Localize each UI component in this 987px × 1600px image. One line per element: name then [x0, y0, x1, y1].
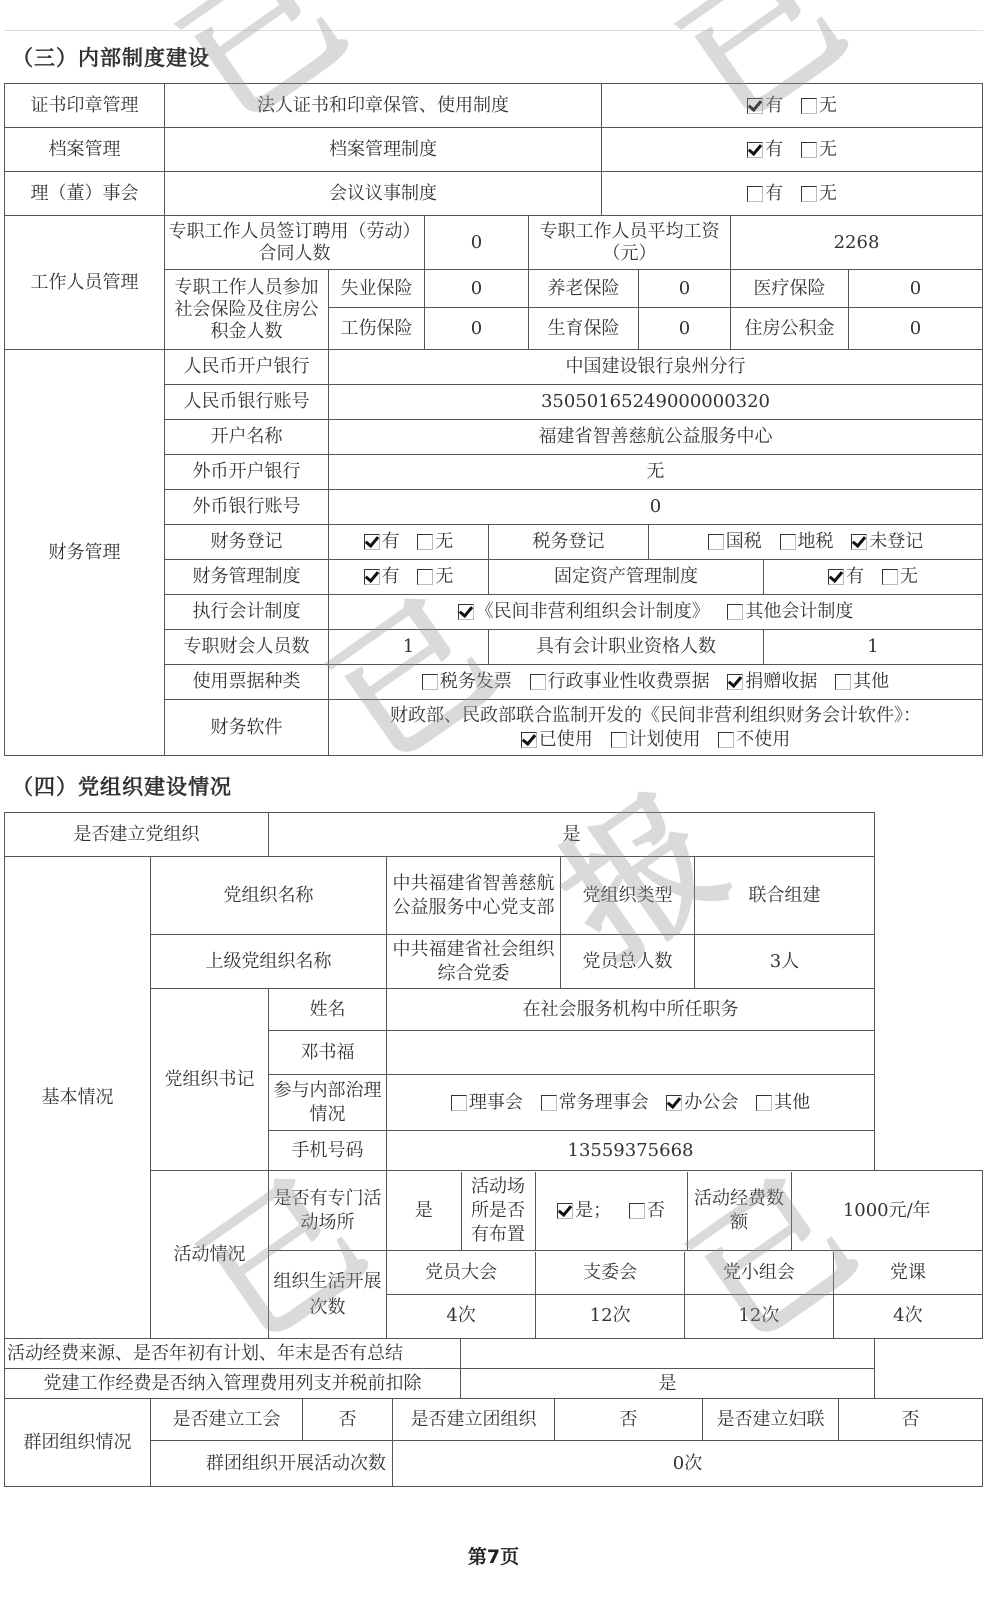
field-label: 是否建立工会: [151, 1399, 303, 1441]
insurance-type: 住房公积金: [731, 308, 849, 350]
qualified-value: 1: [764, 630, 983, 665]
option-label: 有: [382, 531, 400, 552]
field-label: 财务软件: [165, 700, 329, 756]
option-label: 捐赠收据: [745, 671, 817, 692]
option-label: 无: [819, 95, 837, 116]
checkbox[interactable]: [611, 732, 627, 748]
acct-staff-value: 1: [329, 630, 489, 665]
option-label: 无: [819, 139, 837, 160]
checkbox-group: 有 无: [764, 560, 983, 595]
contract-value: 0: [425, 216, 529, 270]
option-label: 地税: [798, 531, 834, 552]
salary-label: 专职工作人员平均工资（元）: [529, 216, 731, 270]
field-label: 外币开户银行: [165, 455, 329, 490]
life-count: 12次: [685, 1295, 834, 1338]
org-life-subtable: 党员大会 支委会 党小组会 党课 4次 12次 12次 4次: [387, 1252, 982, 1338]
field-label: 人民币开户银行: [165, 350, 329, 385]
insurance-value: 0: [849, 308, 983, 350]
field-label: 人民币银行账号: [165, 385, 329, 420]
table-row: 档案管理 档案管理制度 有 无: [5, 128, 983, 172]
parent-org: 中共福建省社会组织综合党委: [387, 935, 561, 989]
row-item: 法人证书和印章保管、使用制度: [165, 84, 602, 128]
activity-label: 活动情况: [151, 1171, 269, 1339]
row-label: 证书印章管理: [5, 84, 165, 128]
insurance-value: 0: [849, 270, 983, 308]
section-4-title: （四）党组织建设情况: [12, 771, 232, 801]
established-value: 是: [269, 813, 875, 857]
checkbox[interactable]: [541, 1095, 557, 1111]
secretary-label: 党组织书记: [151, 989, 269, 1171]
option-label: 其他会计制度: [745, 601, 853, 622]
field-label: 税务登记: [489, 525, 649, 560]
option-label: 行政事业性收费票据: [548, 671, 710, 692]
checkbox[interactable]: [708, 534, 724, 550]
life-type: 党员大会: [387, 1252, 536, 1295]
row-label: 理（董）事会: [5, 172, 165, 216]
field-label: 是否建立妇联: [703, 1399, 839, 1441]
salary-value: 2268: [731, 216, 983, 270]
checkbox[interactable]: [851, 534, 867, 550]
field-label: 组织生活开展次数: [269, 1251, 387, 1339]
member-count: 3人: [695, 935, 875, 989]
checkbox-group: 有 无: [329, 525, 489, 560]
checkbox[interactable]: [780, 534, 796, 550]
life-type: 支委会: [536, 1252, 685, 1295]
field-label: 专职财会人员数: [165, 630, 329, 665]
checkbox[interactable]: [666, 1095, 682, 1111]
field-label: 上级党组织名称: [151, 935, 387, 989]
tax-deduct-value: 是: [461, 1369, 875, 1399]
table-row: 理（董）事会 会议议事制度 有 无: [5, 172, 983, 216]
field-label: 固定资产管理制度: [489, 560, 764, 595]
row-item: 档案管理制度: [165, 128, 602, 172]
software-text: 财政部、民政部联合监制开发的《民间非营利组织财务会计软件》：: [331, 704, 980, 728]
insurance-value: 0: [639, 270, 731, 308]
field-label: 活动经费来源、是否年初有计划、年末是否有总结: [5, 1339, 461, 1369]
org-name: 中共福建省智善慈航公益服务中心党支部: [387, 857, 561, 935]
option-label: 是；: [575, 1200, 611, 1221]
checkbox-group: 有 无: [602, 128, 983, 172]
field-label: 活动经费数额: [687, 1172, 791, 1250]
option-label: 无: [900, 566, 918, 587]
finance-label: 财务管理: [5, 350, 165, 756]
checkbox[interactable]: [364, 569, 380, 585]
life-count: 4次: [833, 1295, 982, 1338]
option-label: 不使用: [736, 729, 790, 750]
field-label: 群团组织开展活动次数: [151, 1441, 393, 1487]
rmb-account: 35050165249000000320: [329, 385, 983, 420]
option-label: 有: [382, 566, 400, 587]
option-label: 未登记: [869, 531, 923, 552]
checkbox[interactable]: [530, 674, 546, 690]
life-count: 12次: [536, 1295, 685, 1338]
option-label: 办公会: [684, 1092, 738, 1113]
checkbox[interactable]: [756, 1095, 772, 1111]
option-label: 有: [765, 95, 783, 116]
field-label: 党组织名称: [151, 857, 387, 935]
option-label: 其他: [774, 1092, 810, 1113]
checkbox[interactable]: [458, 604, 474, 620]
checkbox-group: 有 无: [602, 84, 983, 128]
secretary-position: [387, 1031, 875, 1075]
checkbox-group: 有 无: [602, 172, 983, 216]
contract-label: 专职工作人员签订聘用（劳动）合同人数: [165, 216, 425, 270]
youth-value: 否: [555, 1399, 703, 1441]
insurance-type: 工伤保险: [329, 308, 425, 350]
field-label: 外币银行账号: [165, 490, 329, 525]
field-label: 开户名称: [165, 420, 329, 455]
field-label: 手机号码: [269, 1131, 387, 1171]
checkbox-group: 国税 地税 未登记: [649, 525, 983, 560]
secretary-name: 邓书福: [269, 1031, 387, 1075]
field-label: 是否建立党组织: [5, 813, 269, 857]
rmb-bank: 中国建设银行泉州分行: [329, 350, 983, 385]
field-label: 活动场所是否有布置: [461, 1172, 535, 1250]
venue-value: 是: [387, 1172, 461, 1250]
activity-venue-subtable: 是 活动场所是否有布置 是； 否 活动经费数额 1000元/年: [387, 1172, 982, 1250]
checkbox[interactable]: [747, 142, 763, 158]
option-label: 无: [819, 183, 837, 204]
union-value: 否: [303, 1399, 393, 1441]
checkbox-group: 《民间非营利组织会计制度》 其他会计制度: [329, 595, 983, 630]
staff-label: 工作人员管理: [5, 216, 165, 350]
field-label: 是否有专门活动场所: [269, 1171, 387, 1251]
field-label: 使用票据种类: [165, 665, 329, 700]
finance-table: 财务管理 人民币开户银行 中国建设银行泉州分行 人民币银行账号 35050165…: [4, 349, 983, 756]
party-table: 是否建立党组织 是 基本情况 党组织名称 中共福建省智善慈航公益服务中心党支部 …: [4, 812, 983, 1399]
life-type: 党小组会: [685, 1252, 834, 1295]
mass-label: 群团组织情况: [5, 1399, 151, 1487]
insurance-label: 专职工作人员参加社会保险及住房公积金人数: [165, 270, 329, 350]
org-type: 联合组建: [695, 857, 875, 935]
checkbox[interactable]: [417, 569, 433, 585]
insurance-type: 医疗保险: [731, 270, 849, 308]
field-label: 参与内部治理情况: [269, 1075, 387, 1131]
option-label: 无: [435, 566, 453, 587]
staff-table: 工作人员管理 专职工作人员签订聘用（劳动）合同人数 0 专职工作人员平均工资（元…: [4, 215, 983, 350]
field-label: 党建工作经费是否纳入管理费用列支并税前扣除: [5, 1369, 461, 1399]
field-label: 财务管理制度: [165, 560, 329, 595]
checkbox[interactable]: [727, 604, 743, 620]
mass-activity-value: 0次: [393, 1441, 983, 1487]
software-cell: 财政部、民政部联合监制开发的《民间非营利组织财务会计软件》： 已使用 计划使用 …: [329, 700, 983, 756]
section-divider: [4, 30, 983, 31]
checkbox-group: 有 无: [329, 560, 489, 595]
checkbox[interactable]: [828, 569, 844, 585]
checkbox[interactable]: [747, 98, 763, 114]
life-count: 4次: [387, 1295, 536, 1338]
fx-bank: 无: [329, 455, 983, 490]
checkbox-group: 理事会 常务理事会 办公会 其他: [387, 1075, 875, 1131]
option-label: 有: [765, 139, 783, 160]
option-label: 有: [846, 566, 864, 587]
field-label: 是否建立团组织: [393, 1399, 555, 1441]
checkbox-group: 是； 否: [535, 1172, 687, 1250]
option-label: 其他: [853, 671, 889, 692]
row-item: 会议议事制度: [165, 172, 602, 216]
option-label: 已使用: [539, 729, 593, 750]
option-label: 《民间非营利组织会计制度》: [476, 601, 710, 622]
checkbox[interactable]: [521, 732, 537, 748]
insurance-type: 生育保险: [529, 308, 639, 350]
option-label: 税务发票: [440, 671, 512, 692]
insurance-value: 0: [425, 308, 529, 350]
fx-account: 0: [329, 490, 983, 525]
checkbox-group: 税务发票 行政事业性收费票据 捐赠收据 其他: [329, 665, 983, 700]
checkbox[interactable]: [727, 674, 743, 690]
option-label: 国税: [726, 531, 762, 552]
internal-system-table: 证书印章管理 法人证书和印章保管、使用制度 有 无 档案管理 档案管理制度 有 …: [4, 83, 983, 216]
option-label: 有: [765, 183, 783, 204]
checkbox[interactable]: [882, 569, 898, 585]
field-label: 党员总人数: [561, 935, 695, 989]
insurance-value: 0: [425, 270, 529, 308]
field-label: 党组织类型: [561, 857, 695, 935]
field-label: 姓名: [269, 989, 387, 1031]
checkbox[interactable]: [557, 1203, 573, 1219]
section-3-title: （三）内部制度建设: [12, 42, 210, 72]
insurance-value: 0: [639, 308, 731, 350]
checkbox[interactable]: [451, 1095, 467, 1111]
checkbox[interactable]: [835, 674, 851, 690]
insurance-type: 失业保险: [329, 270, 425, 308]
option-label: 理事会: [469, 1092, 523, 1113]
life-type: 党课: [833, 1252, 982, 1295]
insurance-type: 养老保险: [529, 270, 639, 308]
table-row: 证书印章管理 法人证书和印章保管、使用制度 有 无: [5, 84, 983, 128]
funding-value: 1000元/年: [791, 1172, 982, 1250]
women-value: 否: [839, 1399, 983, 1441]
basic-label: 基本情况: [5, 857, 151, 1339]
field-label: 执行会计制度: [165, 595, 329, 630]
field-label: 财务登记: [165, 525, 329, 560]
phone-value: 13559375668: [387, 1131, 875, 1171]
checkbox[interactable]: [629, 1203, 645, 1219]
checkbox[interactable]: [801, 142, 817, 158]
checkbox[interactable]: [747, 186, 763, 202]
row-label: 档案管理: [5, 128, 165, 172]
fund-source-value: [461, 1339, 875, 1369]
checkbox[interactable]: [422, 674, 438, 690]
field-label: 具有会计职业资格人数: [489, 630, 764, 665]
checkbox[interactable]: [801, 186, 817, 202]
checkbox[interactable]: [364, 534, 380, 550]
option-label: 常务理事会: [559, 1092, 649, 1113]
checkbox[interactable]: [801, 98, 817, 114]
option-label: 计划使用: [629, 729, 701, 750]
option-label: 无: [435, 531, 453, 552]
checkbox[interactable]: [417, 534, 433, 550]
account-name: 福建省智善慈航公益服务中心: [329, 420, 983, 455]
page-number: 第7页: [0, 1542, 987, 1569]
option-label: 否: [647, 1200, 665, 1221]
field-label: 在社会服务机构中所任职务: [387, 989, 875, 1031]
mass-org-table: 群团组织情况 是否建立工会 否 是否建立团组织 否 是否建立妇联 否 群团组织开…: [4, 1398, 983, 1487]
checkbox[interactable]: [718, 732, 734, 748]
